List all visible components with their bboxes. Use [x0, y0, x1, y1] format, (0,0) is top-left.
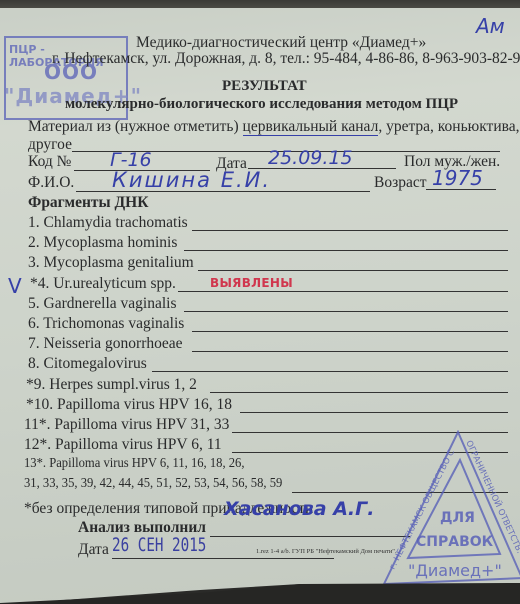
test-label: *10. Papilloma virus HPV 16, 18: [26, 396, 232, 414]
checkmark-icon: V: [8, 274, 22, 298]
test-label: 13*. Papilloma virus HPV 6, 11, 16, 18, …: [24, 456, 245, 472]
performed-by-value: Хасанова А.Г.: [224, 498, 374, 520]
test-label: 1. Chlamydia trachomatis: [28, 214, 188, 232]
test-label: 2. Mycoplasma hominis: [28, 234, 177, 252]
test-label: 5. Gardnerella vaginalis: [28, 295, 176, 313]
test-label: 12*. Papilloma virus HPV 6, 11: [24, 436, 222, 454]
test-result-line: [184, 250, 508, 251]
other-label: другое: [28, 136, 72, 154]
top-background: [0, 0, 520, 8]
triangle-stamp: г. НЕФТЕКАМСК ОБЩЕСТВО С ОГРАНИЧЕННОЙ ОТ…: [372, 430, 520, 590]
test-result-line: [192, 331, 508, 332]
document-subtitle: молекулярно-биологического исследования …: [65, 96, 458, 113]
test-label: 7. Neisseria gonorrhoeae: [28, 335, 183, 353]
patient-name-value: Кишина Е.И.: [112, 168, 271, 192]
test-label: 3. Mycoplasma genitalium: [28, 254, 194, 272]
test-result-line: [178, 291, 508, 292]
test-result-line: [210, 392, 508, 393]
age-value: 1975: [432, 166, 483, 190]
test-result-line: [240, 412, 508, 413]
date-value: 25.09.15: [268, 147, 353, 169]
test-label: 11*. Papilloma virus HPV 31, 33: [24, 416, 229, 434]
test-label: 6. Trichomonas vaginalis: [28, 315, 184, 333]
age-label: Возраст: [374, 174, 427, 192]
test-result-line: [198, 270, 508, 271]
code-label: Код №: [28, 153, 71, 171]
name-label: Ф.И.О.: [28, 174, 74, 192]
footer-date-stamp: 26 СЕН 2015: [112, 534, 206, 556]
section-title: Фрагменты ДНК: [28, 194, 148, 212]
footer-date-label: Дата: [78, 541, 109, 559]
material-selected: цервикальный канал: [243, 118, 379, 136]
test-result-value: ВЫЯВЛЕНЫ: [210, 276, 293, 290]
test-result-line: [192, 351, 508, 352]
test-label-continued: 31, 33, 35, 39, 42, 44, 45, 51, 52, 53, …: [24, 476, 282, 492]
test-label: 8. Citomegalovirus: [28, 355, 147, 373]
center-address: г. Нефтекамск, ул. Дорожная, д. 8, тел.:…: [52, 50, 520, 68]
triangle-stamp-bottom: "Диамед+": [408, 561, 502, 580]
test-result-line: [192, 230, 508, 231]
footer-date-line: [112, 558, 334, 559]
test-label: *9. Herpes sumpl.virus 1, 2: [26, 376, 197, 394]
corner-signature: Ам: [476, 14, 505, 38]
test-result-line: [152, 371, 508, 372]
material-label: Материал из (нужное отметить) цервикальн…: [28, 118, 520, 136]
test-result-line: [184, 311, 508, 312]
result-form-sheet: ПЦР - ЛАБОРАТОРИЯ ООО "Диамед+" Ам Медик…: [0, 0, 520, 604]
triangle-stamp-line1: ДЛЯ: [440, 510, 475, 526]
document-title: РЕЗУЛЬТАТ: [222, 78, 307, 95]
triangle-stamp-line2: СПРАВОК: [416, 534, 494, 550]
test-label: *4. Ur.urealyticum spp.: [30, 275, 176, 293]
